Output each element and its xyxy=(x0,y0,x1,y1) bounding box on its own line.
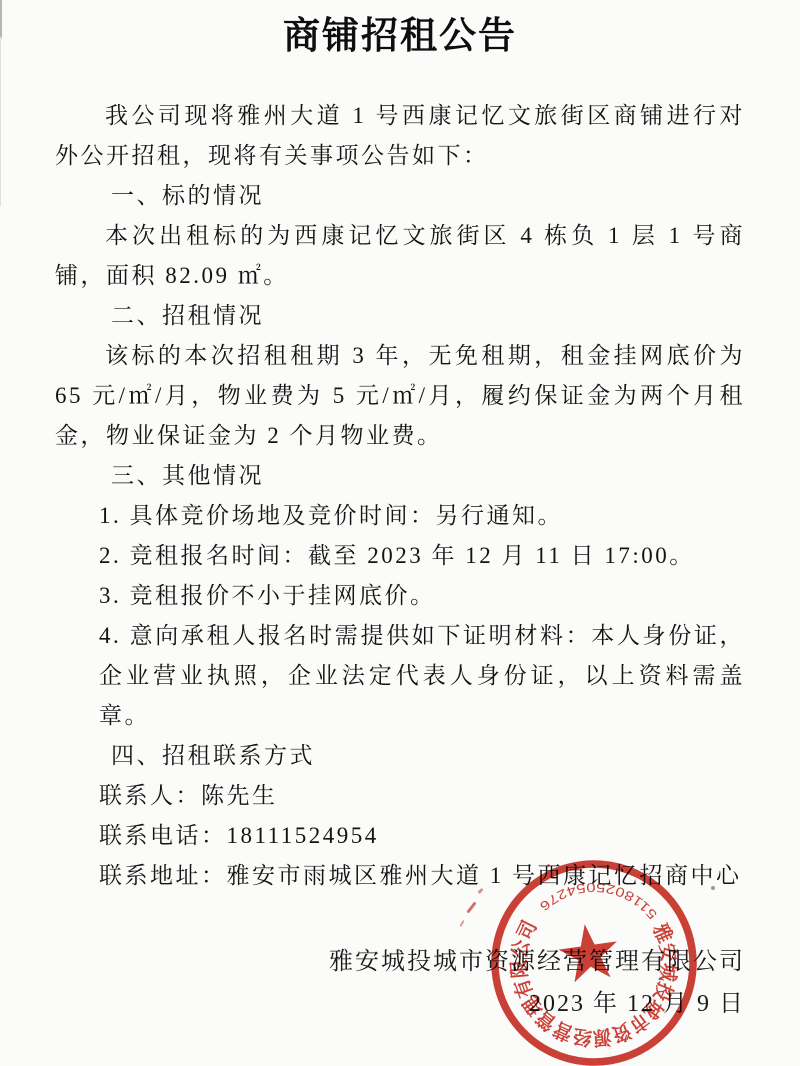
seal-ink-fleck xyxy=(547,864,550,867)
document-body: 我公司现将雅州大道 1 号西康记忆文旅街区商铺进行对外公开招租，现将有关事项公告… xyxy=(55,96,745,896)
list-item-3: 3. 竞租报价不小于挂网底价。 xyxy=(99,576,745,616)
intro-paragraph: 我公司现将雅州大道 1 号西康记忆文旅街区商铺进行对外公开招租，现将有关事项公告… xyxy=(55,96,745,176)
contact-phone: 联系电话：18111524954 xyxy=(99,816,745,856)
document-page: 商铺招租公告 我公司现将雅州大道 1 号西康记忆文旅街区商铺进行对外公开招租，现… xyxy=(0,0,800,1066)
page-title: 商铺招租公告 xyxy=(55,14,745,60)
section2-heading: 二、招租情况 xyxy=(55,296,745,336)
contact-person: 联系人：陈先生 xyxy=(99,776,745,816)
list-item-4: 4. 意向承租人报名时需提供如下证明材料：本人身份证，企业营业执照，企业法定代表… xyxy=(99,616,745,736)
signature-block: 雅安城投城市资源经营管理有限公司 2023 年 12 月 9 日 xyxy=(55,941,745,1025)
contact-address: 联系地址：雅安市雨城区雅州大道 1 号西康记忆招商中心 xyxy=(99,856,745,896)
scan-speck xyxy=(711,886,715,890)
signature-date: 2023 年 12 月 9 日 xyxy=(55,983,745,1025)
signature-company: 雅安城投城市资源经营管理有限公司 xyxy=(55,941,745,983)
section1-heading: 一、标的情况 xyxy=(55,176,745,216)
list-item-1: 1. 具体竞价场地及竞价时间：另行通知。 xyxy=(99,496,745,536)
section3-heading: 三、其他情况 xyxy=(55,456,745,496)
list-item-2: 2. 竞租报名时间：截至 2023 年 12 月 11 日 17:00。 xyxy=(99,536,745,576)
scanned-announcement-page: { "document": { "title": "商铺招租公告", "intr… xyxy=(0,0,800,1066)
section4-heading: 四、招租联系方式 xyxy=(55,736,745,776)
section2-paragraph: 该标的本次招租租期 3 年，无免租期，租金挂网底价为 65 元/㎡/月，物业费为… xyxy=(55,336,745,456)
scan-edge-artifact xyxy=(0,36,1,206)
scan-edge-artifact xyxy=(0,0,2,38)
section1-paragraph: 本次出租标的为西康记忆文旅街区 4 栋负 1 层 1 号商铺，面积 82.09 … xyxy=(55,216,745,296)
